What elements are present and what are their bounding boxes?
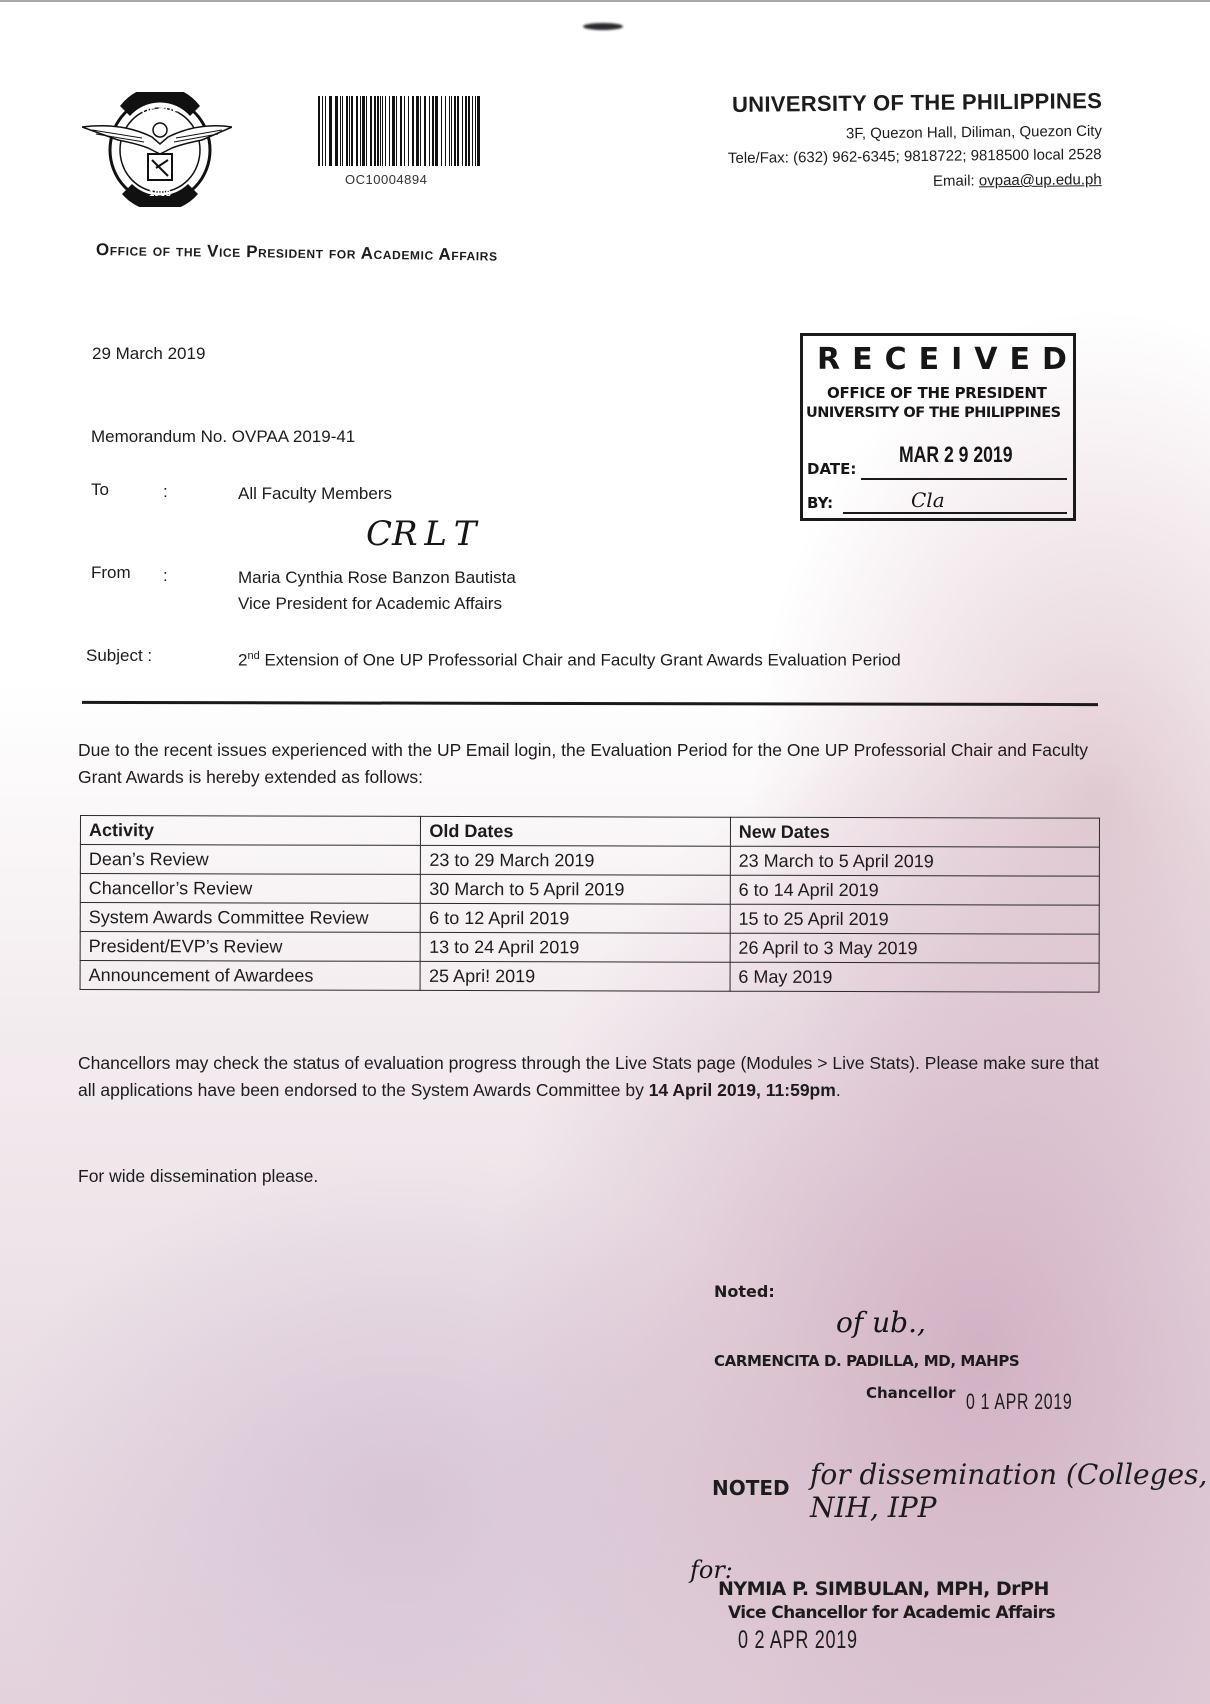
university-address: 3F, Quezon Hall, Diliman, Quezon City — [846, 123, 1102, 143]
subject-ordinal-suffix: nd — [247, 650, 259, 662]
barcode-bar — [477, 96, 480, 166]
barcode-bar — [318, 96, 320, 166]
table-row: President/EVP’s Review13 to 24 April 201… — [80, 932, 1099, 964]
activity-cell: Dean’s Review — [80, 845, 421, 875]
old-dates-cell: 30 March to 5 April 2019 — [421, 874, 730, 904]
chancellor-signature: of ub., — [836, 1306, 926, 1339]
barcode-number: OC10004894 — [345, 172, 427, 187]
table-row: Chancellor’s Review30 March to 5 April 2… — [80, 874, 1099, 906]
barcode-bar — [351, 96, 353, 166]
old-dates-cell: 25 Apri! 2019 — [421, 961, 730, 991]
barcode-bar — [340, 96, 341, 166]
punch-hole-mark — [583, 23, 623, 30]
from-name: Maria Cynthia Rose Banzon Bautista — [238, 568, 516, 588]
schedule-table: Activity Old Dates New Dates Dean’s Revi… — [80, 815, 1100, 993]
barcode-bar — [380, 96, 381, 166]
from-title: Vice President for Academic Affairs — [238, 594, 502, 614]
status-text: Chancellors may check the status of eval… — [78, 1053, 1099, 1100]
barcode-bar — [475, 96, 477, 166]
from-label: From — [91, 563, 131, 583]
from-colon: : — [163, 566, 168, 586]
to-label: To — [91, 480, 109, 500]
barcode-bar — [462, 96, 463, 166]
vc-name: NYMIA P. SIMBULAN, MPH, DrPH — [718, 1578, 1049, 1600]
header-divider — [82, 701, 1098, 706]
barcode-bar — [335, 96, 338, 166]
subject-value: 2nd Extension of One UP Professorial Cha… — [238, 650, 901, 671]
barcode-bar — [432, 96, 434, 166]
university-telefax: Tele/Fax: (632) 962-6345; 9818722; 98185… — [728, 146, 1102, 167]
status-paragraph: Chancellors may check the status of eval… — [78, 1050, 1118, 1104]
barcode-bar — [424, 96, 427, 166]
chancellor-name: CARMENCITA D. PADILLA, MD, MAHPS — [714, 1352, 1019, 1370]
barcode-bar — [330, 96, 332, 166]
new-dates-cell: 6 to 14 April 2019 — [730, 875, 1099, 905]
barcode-bar — [454, 96, 456, 166]
barcode-bar — [472, 96, 473, 166]
barcode-bar — [441, 96, 443, 166]
email-link[interactable]: ovpaa@up.edu.ph — [979, 171, 1102, 189]
chancellor-title: Chancellor — [866, 1384, 956, 1402]
barcode-bar — [322, 96, 323, 166]
barcode-bar — [377, 96, 379, 166]
barcode-bar — [468, 96, 470, 166]
vpaa-signature: CR L T — [366, 514, 476, 554]
stamp-university: UNIVERSITY OF THE PHILIPPINES — [806, 405, 1061, 421]
barcode-bar — [346, 96, 348, 166]
closing-line: For wide dissemination please. — [78, 1163, 1118, 1190]
subject-text: Extension of One UP Professorial Chair a… — [260, 651, 901, 670]
barcode-bar — [396, 96, 397, 166]
intro-paragraph: Due to the recent issues experienced wit… — [78, 737, 1118, 791]
email-label: Email: — [933, 172, 979, 189]
barcode-bar — [416, 96, 419, 166]
barcode-bar — [370, 96, 372, 166]
noted-label-chancellor: Noted: — [714, 1282, 775, 1301]
barcode-bar — [325, 96, 326, 166]
noted-label-vc: NOTED — [712, 1476, 790, 1500]
stamp-office: OFFICE OF THE PRESIDENT — [827, 384, 1047, 402]
barcode-bar — [366, 96, 367, 166]
vc-received-date: 0 2 APR 2019 — [738, 1626, 858, 1655]
university-name: UNIVERSITY OF THE PHILIPPINES — [732, 88, 1102, 118]
table-row: Dean’s Review23 to 29 March 201923 March… — [80, 845, 1099, 877]
new-dates-cell: 26 April to 3 May 2019 — [730, 933, 1099, 963]
barcode-bar — [356, 96, 359, 166]
to-value: All Faculty Members — [238, 484, 392, 504]
stamp-date-line — [861, 478, 1067, 480]
barcode-bar — [349, 96, 350, 166]
office-name: Office of the Vice President for Academi… — [96, 240, 498, 266]
barcode-bar — [408, 96, 409, 166]
activity-cell: Announcement of Awardees — [80, 961, 421, 991]
barcode-bar — [374, 96, 377, 166]
activity-cell: Chancellor’s Review — [80, 874, 421, 904]
dissemination-handwritten-note: for dissemination (Colleges, NIH, IPP — [810, 1458, 1210, 1524]
barcode-bar — [435, 96, 438, 166]
barcode-bar — [412, 96, 414, 166]
barcode-bar — [404, 96, 406, 166]
status-period: . — [836, 1080, 841, 1100]
new-dates-cell: 15 to 25 April 2019 — [730, 904, 1099, 934]
barcode-bar — [449, 96, 450, 166]
barcode-bar — [457, 96, 460, 166]
barcode-bar — [329, 96, 330, 166]
barcode-bar — [342, 96, 344, 166]
scan-top-edge — [0, 0, 1210, 2]
document-barcode — [318, 96, 483, 166]
old-dates-cell: 23 to 29 March 2019 — [421, 845, 730, 875]
new-dates-cell: 6 May 2019 — [730, 962, 1099, 992]
table-row: System Awards Committee Review6 to 12 Ap… — [80, 903, 1099, 935]
barcode-bar — [360, 96, 361, 166]
university-email-line: Email: ovpaa@up.edu.ph — [933, 171, 1102, 190]
new-dates-cell: 23 March to 5 April 2019 — [730, 846, 1099, 876]
barcode-bar — [429, 96, 430, 166]
activity-cell: System Awards Committee Review — [80, 903, 421, 933]
barcode-bar — [400, 96, 402, 166]
header-activity: Activity — [80, 816, 421, 846]
stamp-title: RECEIVED — [817, 342, 1079, 377]
svg-text:OF THE: OF THE — [142, 107, 179, 117]
old-dates-cell: 13 to 24 April 2019 — [421, 932, 730, 962]
stamp-by-initials: Cla — [911, 488, 945, 512]
svg-text:1908: 1908 — [149, 189, 172, 198]
barcode-bar — [389, 96, 391, 166]
activity-cell: President/EVP’s Review — [80, 932, 421, 962]
barcode-bar — [385, 96, 386, 166]
barcode-bar — [392, 96, 395, 166]
stamp-date-value: MAR 2 9 2019 — [899, 442, 1012, 468]
table-header-row: Activity Old Dates New Dates — [80, 816, 1099, 848]
barcode-bar — [465, 96, 467, 166]
stamp-by-line — [843, 512, 1067, 514]
deadline-text: 14 April 2019, 11:59pm — [649, 1080, 836, 1100]
chancellor-received-date: 0 1 APR 2019 — [966, 1389, 1072, 1415]
header-old-dates: Old Dates — [421, 816, 730, 846]
memo-number: Memorandum No. OVPAA 2019-41 — [91, 427, 355, 447]
barcode-bar — [420, 96, 421, 166]
barcode-bar — [362, 96, 365, 166]
subject-label: Subject : — [86, 646, 152, 666]
memo-date: 29 March 2019 — [92, 344, 205, 364]
header-new-dates: New Dates — [730, 817, 1099, 847]
stamp-by-label: BY: — [807, 494, 833, 512]
barcode-bar — [445, 96, 446, 166]
vc-title: Vice Chancellor for Academic Affairs — [728, 1603, 1055, 1623]
old-dates-cell: 6 to 12 April 2019 — [421, 903, 730, 933]
received-stamp: RECEIVED OFFICE OF THE PRESIDENT UNIVERS… — [800, 333, 1076, 521]
up-seal-icon: OF THE 1908 — [82, 92, 232, 207]
stamp-date-label: DATE: — [807, 460, 856, 478]
barcode-bar — [382, 96, 383, 166]
table-row: Announcement of Awardees25 Apri! 20196 M… — [80, 961, 1099, 993]
to-colon: : — [163, 482, 168, 502]
barcode-bar — [451, 96, 452, 166]
